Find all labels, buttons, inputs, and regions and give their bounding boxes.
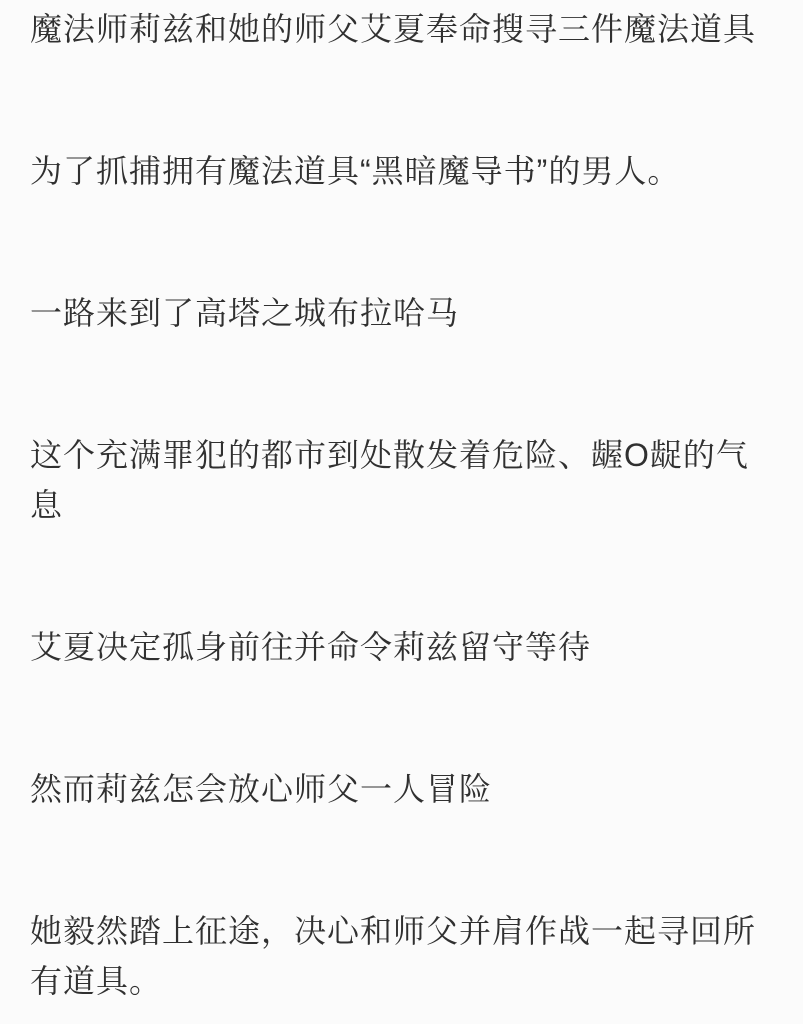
story-paragraph-2: 为了抓捕拥有魔法道具“黑暗魔导书”的男人。: [30, 146, 770, 196]
story-paragraph-3: 一路来到了高塔之城布拉哈马: [30, 288, 770, 338]
story-page: 魔法师莉兹和她的师父艾夏奉命搜寻三件魔法道具 为了抓捕拥有魔法道具“黑暗魔导书”…: [0, 0, 803, 1024]
story-text-block: 魔法师莉兹和她的师父艾夏奉命搜寻三件魔法道具 为了抓捕拥有魔法道具“黑暗魔导书”…: [30, 4, 773, 1006]
story-paragraph-7: 她毅然踏上征途，决心和师父并肩作战一起寻回所有道具。: [30, 906, 770, 1006]
story-paragraph-4: 这个充满罪犯的都市到处散发着危险、龌O龊的气息: [30, 430, 770, 530]
story-paragraph-1: 魔法师莉兹和她的师父艾夏奉命搜寻三件魔法道具: [30, 4, 770, 54]
story-paragraph-6: 然而莉兹怎会放心师父一人冒险: [30, 764, 770, 814]
story-paragraph-5: 艾夏决定孤身前往并命令莉兹留守等待: [30, 622, 770, 672]
